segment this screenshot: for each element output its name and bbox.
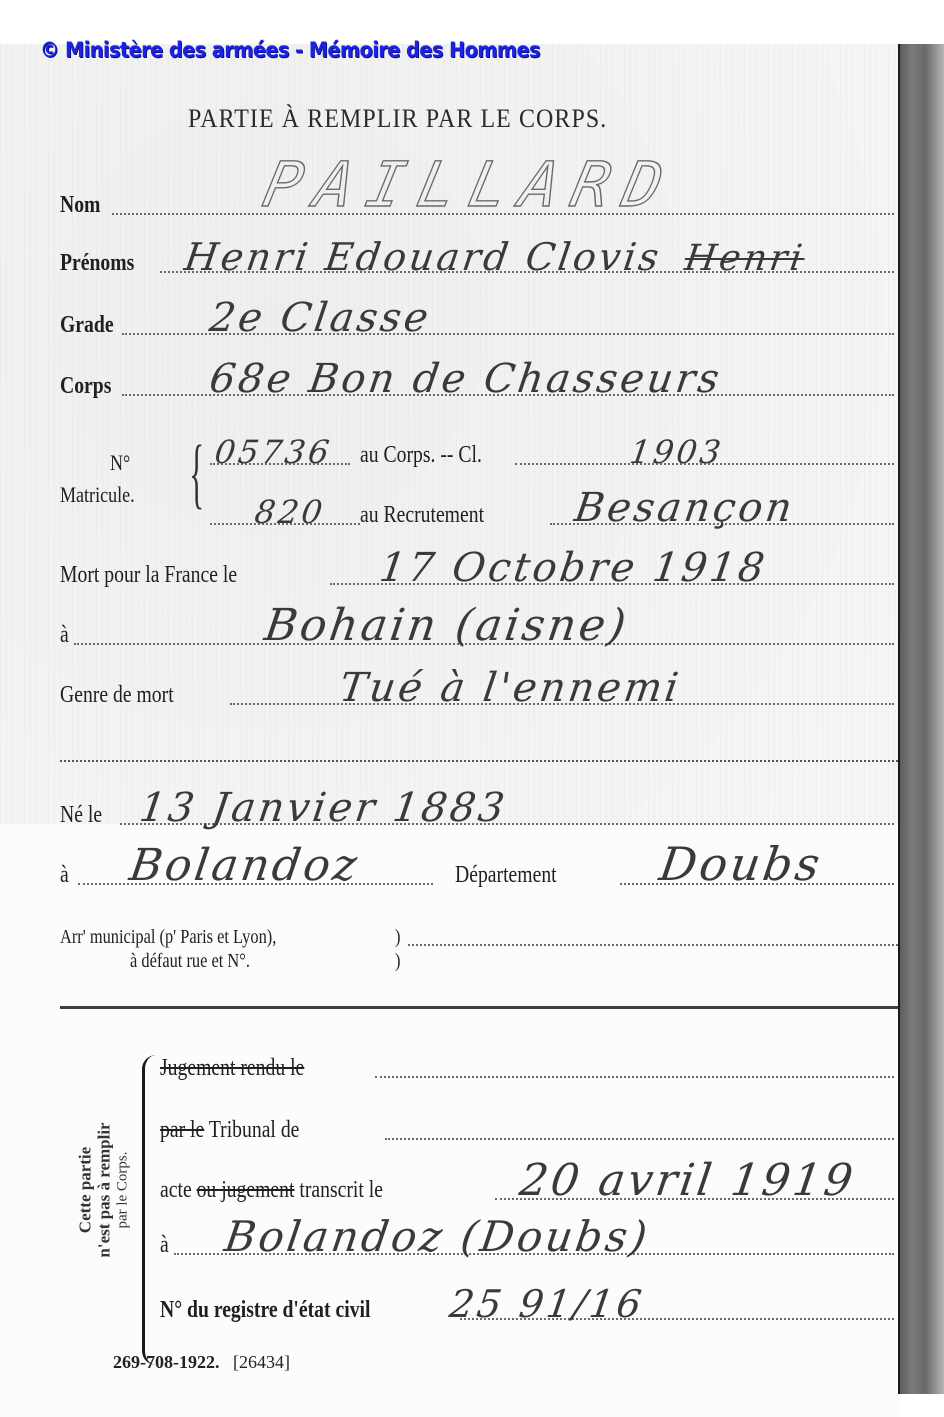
divider-solid [60,1006,898,1009]
ne-a-value: Bolandoz [126,840,362,891]
prenoms-label: Prénoms [60,250,134,277]
recrutement-number: 820 [252,493,327,531]
field-registre: N° du registre d'état civil 25 91/16 [160,1290,894,1330]
departement-value: Doubs [656,837,826,891]
form-heading: PARTIE À REMPLIR PAR LE CORPS. [188,104,607,134]
registre-value: 25 91/16 [447,1282,647,1326]
print-code: 269-708-1922. [26434] [113,1352,290,1373]
nom-label: Nom [60,192,100,219]
divider-dotted [60,760,898,762]
side-note: Cette partie n'est pas à remplir par le … [64,1080,144,1300]
transcription-a-label: à [160,1232,169,1259]
grade-label: Grade [60,312,114,339]
prenoms-struck-value: Henri [682,238,807,279]
field-nom: Nom [60,185,894,225]
matricule-corps-value: 05736 [212,433,334,471]
field-acte-transcrit: acte ou jugement transcrit le 20 avril 1… [160,1170,894,1210]
field-prenoms: Prénoms Henri Edouard Clovis Henri [60,243,894,283]
field-corps: Corps 68e Bon de Chasseurs [60,366,894,406]
genre-de-mort-label: Genre de mort [60,682,174,709]
ne-le-value: 13 Janvier 1883 [137,785,510,831]
acte-transcrit-value: 20 avril 1919 [516,1155,858,1206]
au-corps-label: au Corps. -- Cl. [360,442,482,469]
field-mort-le: Mort pour la France le 17 Octobre 1918 [60,555,894,595]
field-grade: Grade 2e Classe [60,305,894,345]
ne-le-label: Né le [60,802,102,829]
field-transcription-a: à Bolandoz (Doubs) [160,1225,894,1265]
field-jugement-rendu: Jugement rendu le [160,1048,894,1088]
form-number: [26434] [233,1352,290,1372]
grade-value: 2e Classe [207,295,434,341]
tribunal-label: Tribunal de [209,1117,300,1143]
copyright-watermark: © Ministère des armées - Mémoire des Hom… [40,38,540,62]
field-tribunal: par le Tribunal de [160,1110,894,1150]
departement-label: Département [455,862,557,889]
mort-le-value: 17 Octobre 1918 [377,545,770,591]
recrutement-value: Besançon [572,485,798,531]
field-ne-a: à Bolandoz Département Doubs [60,855,894,895]
binding-edge [898,44,944,1394]
au-recrutement-label: au Recrutement [360,502,484,529]
transcription-a-value: Bolandoz (Doubs) [222,1212,653,1261]
corps-label: Corps [60,373,111,400]
arrondissement-value-line [408,944,898,946]
field-ne-le: Né le 13 Janvier 1883 [60,795,894,835]
mort-a-label: à [60,622,69,649]
registre-label: N° du registre d'état civil [160,1297,370,1324]
field-genre-de-mort: Genre de mort Tué à l'ennemi [60,675,894,715]
side-bracket [142,1055,159,1365]
mort-le-label: Mort pour la France le [60,562,237,589]
corps-value: 68e Bon de Chasseurs [207,356,725,402]
field-mort-a: à Bohain (aisne) [60,615,894,655]
classe-value: 1903 [627,433,726,471]
ne-a-label: à [60,862,69,889]
mort-a-value: Bohain (aisne) [261,600,632,651]
tribunal-struck-label: par le [160,1117,204,1143]
jugement-label: Jugement rendu le [160,1055,304,1082]
prenoms-value: Henri Edouard Clovis [182,235,665,279]
genre-de-mort-value: Tué à l'ennemi [337,665,684,711]
